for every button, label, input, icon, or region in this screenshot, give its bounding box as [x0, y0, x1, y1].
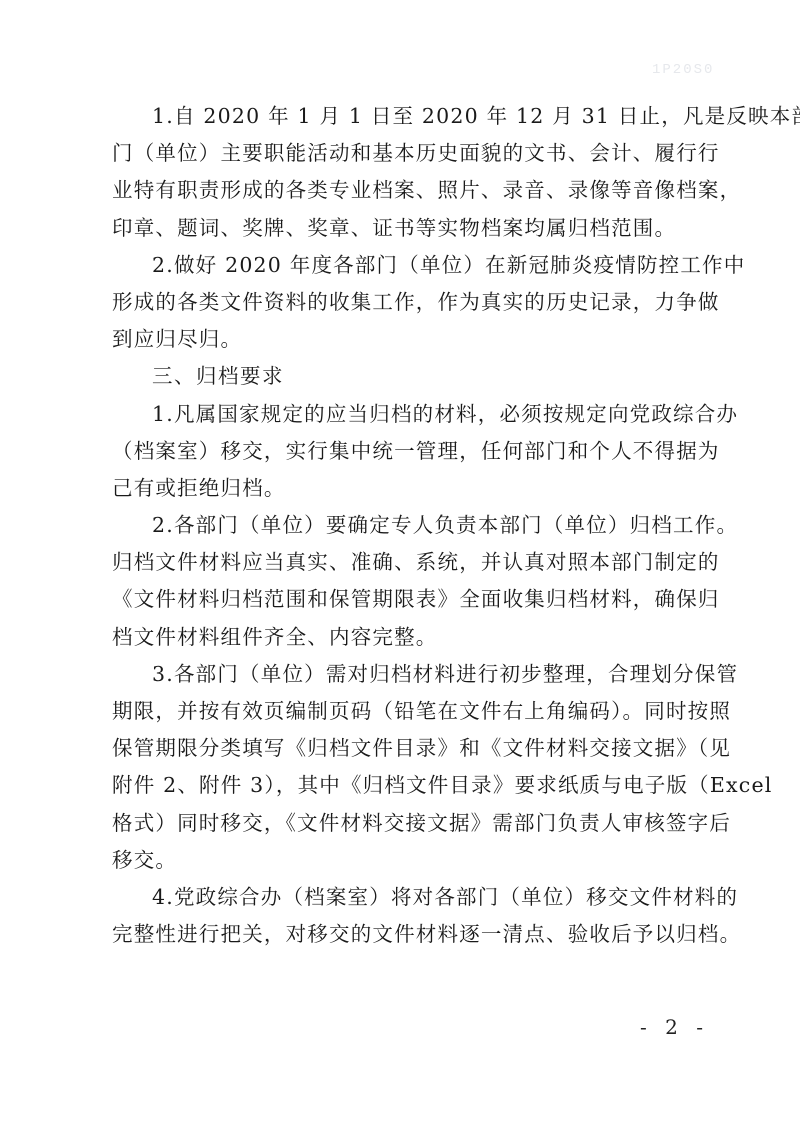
paragraph-line: 4.党政综合办（档案室）将对各部门（单位）移交文件材料的 [112, 879, 694, 916]
paragraph-line: 印章、题词、奖牌、奖章、证书等实物档案均属归档范围。 [112, 210, 694, 247]
paragraph-line: 门（单位）主要职能活动和基本历史面貌的文书、会计、履行行 [112, 135, 694, 172]
scan-stamp: 1P20S0 [652, 62, 714, 78]
paragraph-line: 归档文件材料应当真实、准确、系统，并认真对照本部门制定的 [112, 544, 694, 581]
section-heading: 三、归档要求 [112, 358, 694, 395]
paragraph-line: 业特有职责形成的各类专业档案、照片、录音、录像等音像档案， [112, 172, 694, 209]
paragraph-line: 2.做好 2020 年度各部门（单位）在新冠肺炎疫情防控工作中 [112, 247, 694, 284]
paragraph-line: 期限，并按有效页编制页码（铅笔在文件右上角编码）。同时按照 [112, 693, 694, 730]
paragraph-line: （档案室）移交，实行集中统一管理，任何部门和个人不得据为 [112, 433, 694, 470]
paragraph-line: 移交。 [112, 842, 694, 879]
paragraph-line: 1.自 2020 年 1 月 1 日至 2020 年 12 月 31 日止，凡是… [112, 98, 694, 135]
paragraph-line: 《文件材料归档范围和保管期限表》全面收集归档材料，确保归 [112, 581, 694, 618]
paragraph-line: 己有或拒绝归档。 [112, 470, 694, 507]
paragraph-line: 3.各部门（单位）需对归档材料进行初步整理，合理划分保管 [112, 656, 694, 693]
page-number: - 2 - [640, 1015, 709, 1039]
paragraph-line: 保管期限分类填写《归档文件目录》和《文件材料交接文据》（见 [112, 730, 694, 767]
paragraph-line: 完整性进行把关，对移交的文件材料逐一清点、验收后予以归档。 [112, 916, 694, 953]
paragraph-line: 格式）同时移交，《文件材料交接文据》需部门负责人审核签字后 [112, 805, 694, 842]
paragraph-line: 形成的各类文件资料的收集工作，作为真实的历史记录，力争做 [112, 284, 694, 321]
document-page: 1P20S0 1.自 2020 年 1 月 1 日至 2020 年 12 月 3… [0, 0, 800, 1131]
paragraph-line: 2.各部门（单位）要确定专人负责本部门（单位）归档工作。 [112, 507, 694, 544]
paragraph-line: 附件 2、附件 3），其中《归档文件目录》要求纸质与电子版（Excel [112, 767, 694, 804]
paragraph-line: 到应归尽归。 [112, 321, 694, 358]
paragraph-line: 档文件材料组件齐全、内容完整。 [112, 619, 694, 656]
paragraph-line: 1.凡属国家规定的应当归档的材料，必须按规定向党政综合办 [112, 396, 694, 433]
document-body: 1.自 2020 年 1 月 1 日至 2020 年 12 月 31 日止，凡是… [112, 98, 694, 953]
